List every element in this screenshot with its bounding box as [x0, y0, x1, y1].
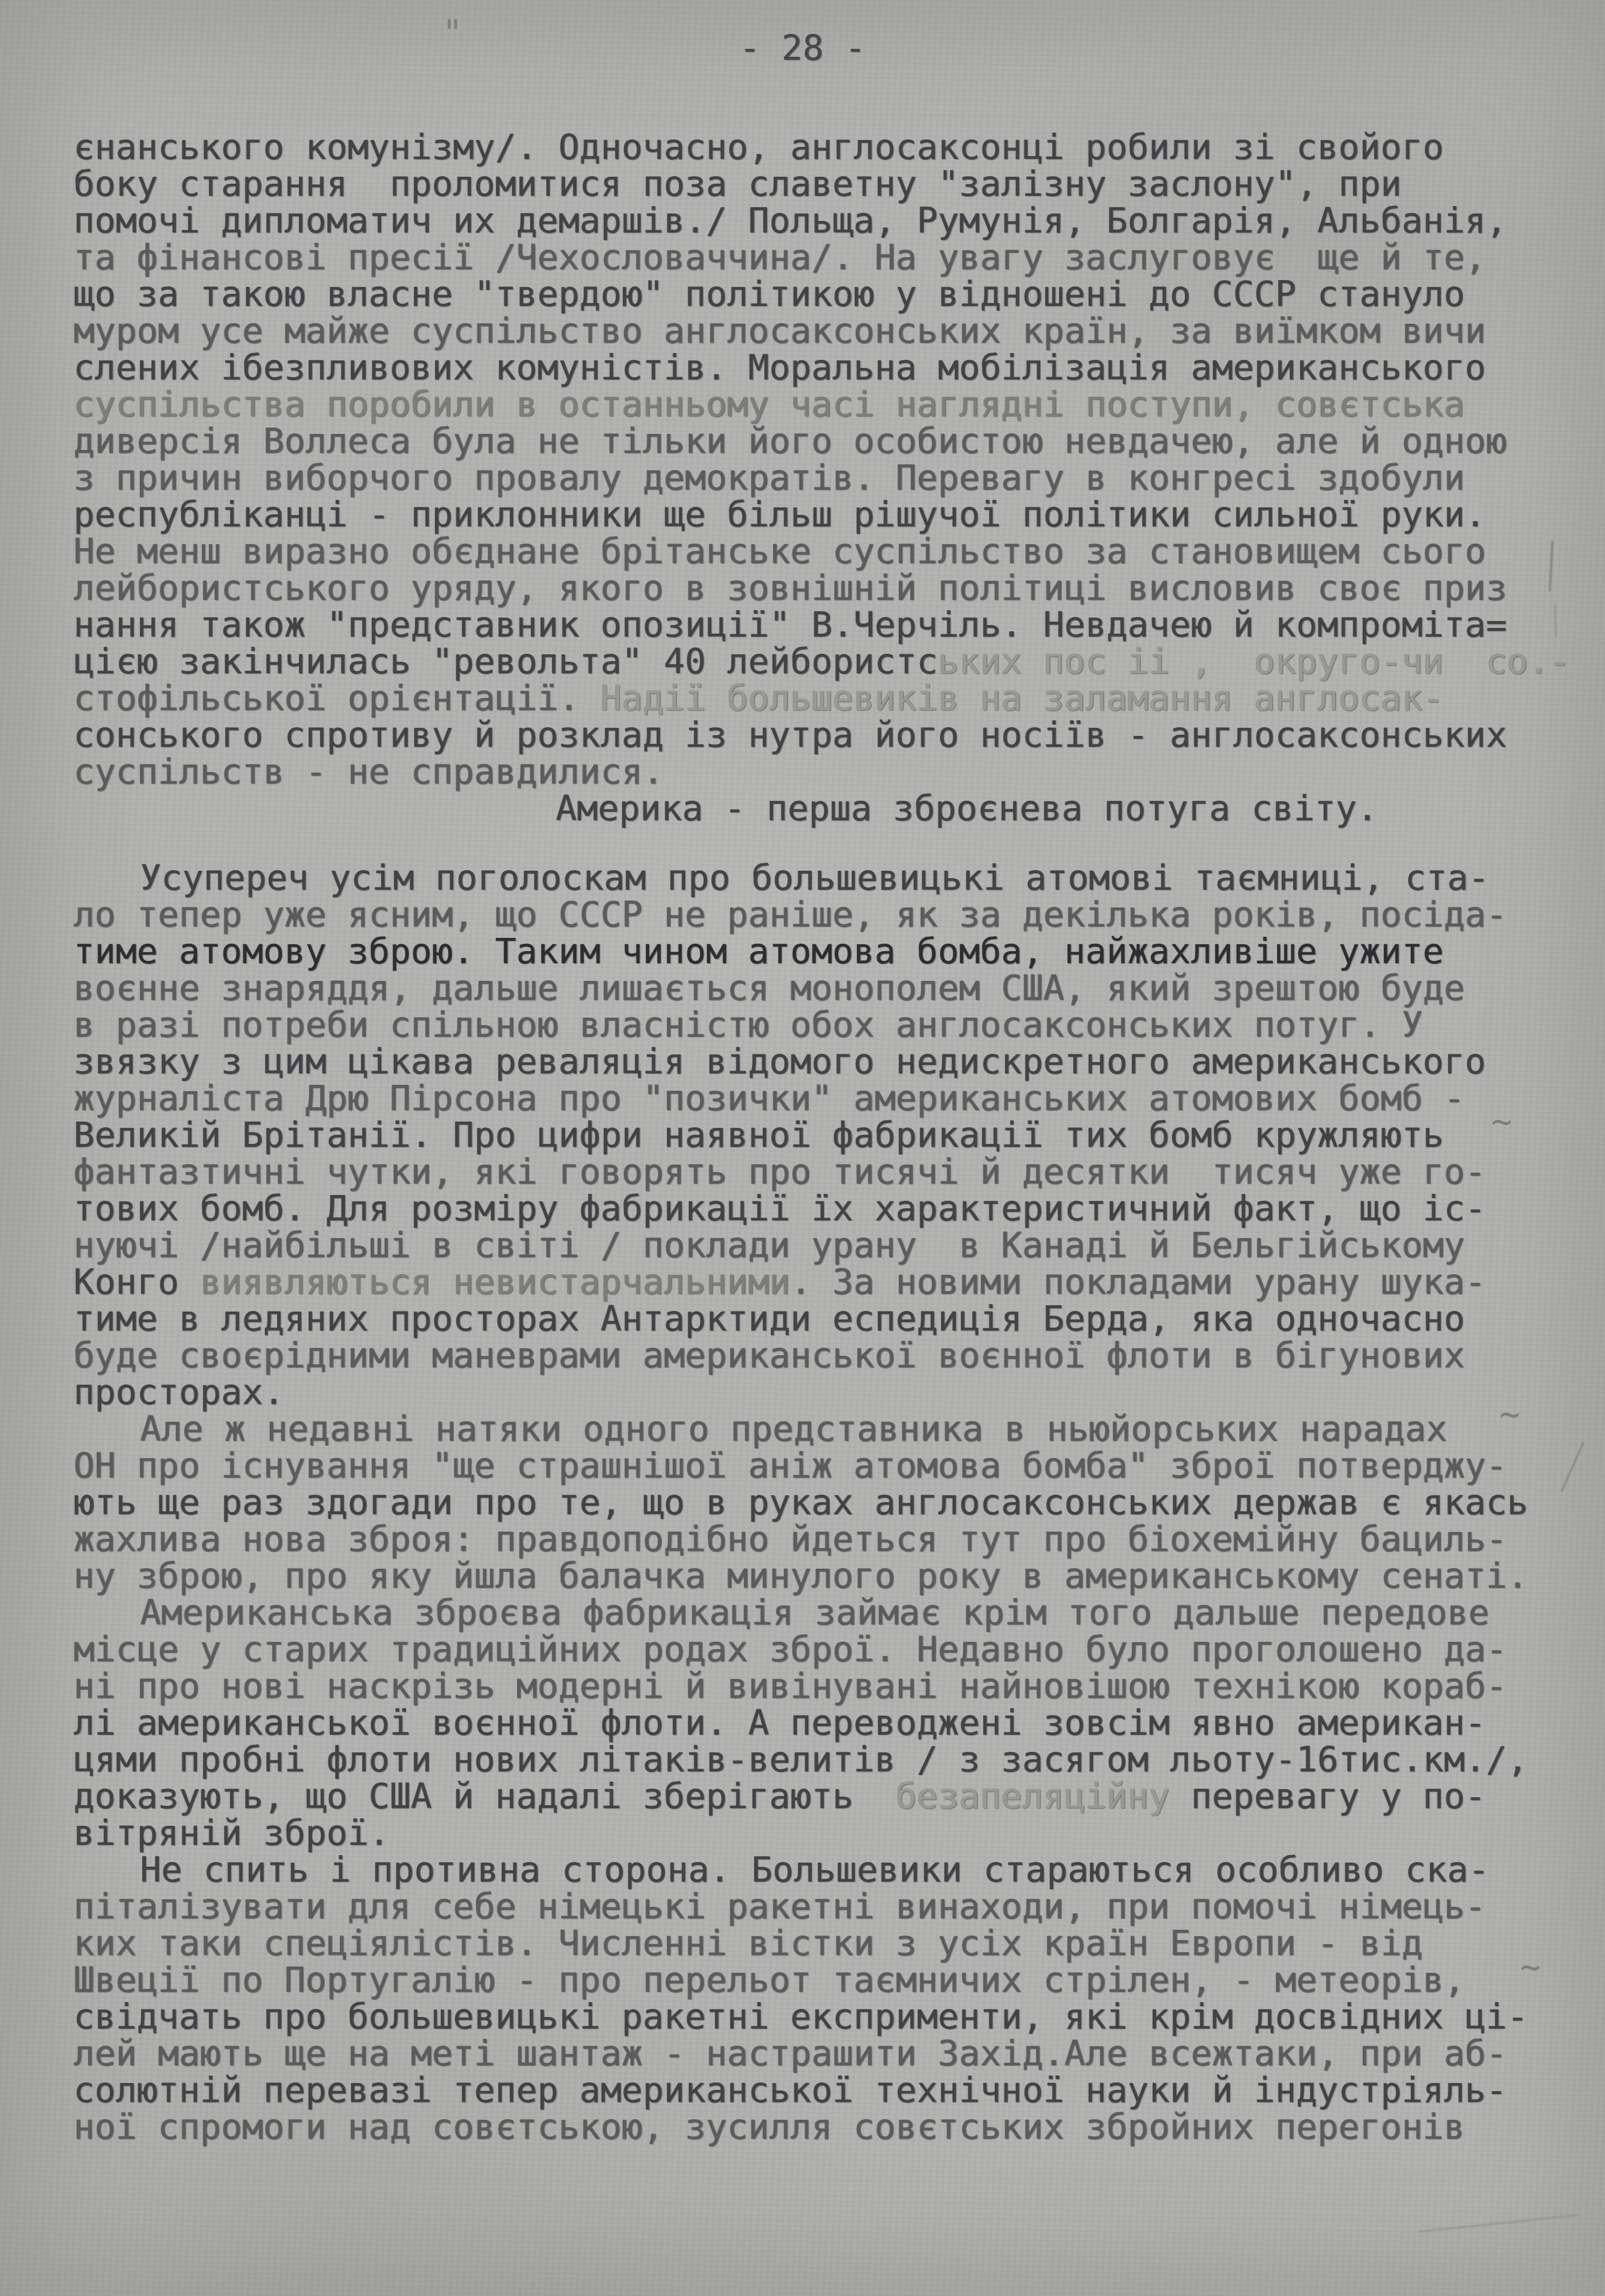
text-line: Конго виявляються невистарчальними. За н…	[73, 1264, 1566, 1301]
text-line: цією закінчилась "револьта" 40 лейборист…	[73, 643, 1566, 680]
scan-speck: ~	[1491, 1105, 1512, 1139]
scan-speck: ~	[1499, 1398, 1520, 1432]
text-line: лей мають ще на меті шантаж - настрашити…	[73, 2035, 1566, 2072]
text-line: журналіста Дрю Пірсона про "позички" аме…	[73, 1080, 1566, 1117]
text-line: фантазтичні чутки, які говорять про тися…	[73, 1154, 1566, 1190]
text-line: лейбористського уряду, якого в зовнішній…	[73, 570, 1566, 607]
text-line: ної спромоги над совєтською, зусилля сов…	[73, 2109, 1566, 2146]
text-line: ОН про існування "ще страшнішої аніж ато…	[73, 1448, 1566, 1484]
paragraph-1: єнанського комунізму/. Одночасно, англос…	[73, 129, 1566, 790]
text-line: Усупереч усім поголоскам про большевицьк…	[73, 860, 1566, 897]
text-line: просторах.	[73, 1374, 1566, 1411]
text-line: ні про нові наскрізь модерні й вивінуван…	[73, 1668, 1566, 1705]
text-line: Не спить і противна сторона. Большевики …	[73, 1852, 1566, 1888]
text-line: муром усе майже суспільство англосаксонс…	[73, 313, 1566, 350]
text-line: суспільства поробили в останньому часі н…	[73, 386, 1566, 423]
text-line: нуючі /найбільші в світі / поклади урану…	[73, 1227, 1566, 1264]
text-line: тиме в ледяних просторах Антарктиди еспе…	[73, 1301, 1566, 1337]
paragraph-3: Але ж недавні натяки одного представника…	[73, 1411, 1566, 1595]
text-line: слених ібезпливових комуністів. Моральна…	[73, 350, 1566, 386]
text-line: ло тепер уже ясним, що СССР не раніше, я…	[73, 897, 1566, 933]
text-line: ну зброю, про яку йшла балачка минулого …	[73, 1558, 1566, 1595]
text-line: лі американської воєнної флоти. А перево…	[73, 1705, 1566, 1742]
text-line: сонського спротиву й розклад із нутра йо…	[73, 717, 1566, 754]
text-line: солютній перевазі тепер американської те…	[73, 2072, 1566, 2109]
text-line: Американська зброєва фабрикація займає к…	[73, 1595, 1566, 1631]
paragraph-5: Не спить і противна сторона. Большевики …	[73, 1852, 1566, 2146]
text-line: боку старання проломитися поза славетну …	[73, 166, 1566, 203]
document-body: єнанського комунізму/. Одночасно, англос…	[73, 129, 1566, 2146]
text-line: ких таки спеціялістів. Численні вістки з…	[73, 1925, 1566, 1962]
text-line: Швеції по Португалію - про перельот таєм…	[73, 1962, 1566, 1999]
text-line: Але ж недавні натяки одного представника…	[73, 1411, 1566, 1448]
scan-speck: "	[442, 16, 463, 51]
text-line: в разі потреби спільною власністю обох а…	[73, 1007, 1566, 1044]
text-line: республіканці - приклонники ще більш ріш…	[73, 497, 1566, 533]
text-line: нання також "представник опозиції" В.Чер…	[73, 607, 1566, 643]
text-line: Америка - перша зброєнева потуга світу.	[556, 790, 1566, 827]
text-line: буде своєрідними маневрами американської…	[73, 1337, 1566, 1374]
scan-speck: ~	[1520, 1950, 1541, 1985]
text-line: свідчать про большевицькі ракетні експри…	[73, 1999, 1566, 2035]
paragraph-2: Усупереч усім поголоскам про большевицьк…	[73, 860, 1566, 1411]
text-line: диверсія Воллеса була не тільки його осо…	[73, 423, 1566, 460]
text-line: єнанського комунізму/. Одночасно, англос…	[73, 129, 1566, 166]
text-line: з причин виборчого провалу демократів. П…	[73, 460, 1566, 497]
text-line: суспільств - не справдилися.	[73, 754, 1566, 790]
text-line: що за такою власне "твердою" політикою у…	[73, 276, 1566, 313]
text-line: воєнне знаряддя, дальше лишається монопо…	[73, 970, 1566, 1007]
text-line: жахлива нова зброя: правдоподібно йдетьс…	[73, 1521, 1566, 1558]
paragraph-4: Американська зброєва фабрикація займає к…	[73, 1595, 1566, 1852]
page-number: - 28 -	[0, 30, 1605, 67]
text-line: цями пробні флоти нових літаків-велитів …	[73, 1742, 1566, 1778]
text-line: стофільської орієнтації. Надії большевик…	[73, 680, 1566, 717]
text-line: піталізувати для себе німецькі ракетні в…	[73, 1888, 1566, 1925]
text-line: доказують, що США й надалі зберігають бе…	[73, 1778, 1566, 1815]
text-line: вітряній зброї.	[73, 1815, 1566, 1852]
text-line: тових бомб. Для розміру фабрикації їх ха…	[73, 1190, 1566, 1227]
text-line: та фінансові пресії /Чехословаччина/. На…	[73, 239, 1566, 276]
text-line: помочі дипломатич их демаршів./ Польща, …	[73, 203, 1566, 239]
scan-scratch-mark	[1418, 2214, 1579, 2232]
scanned-page: - 28 - єнанського комунізму/. Одночасно,…	[0, 0, 1605, 2296]
section-heading: Америка - перша зброєнева потуга світу.	[556, 790, 1566, 827]
text-line: ють ще раз здогади про те, що в руках ан…	[73, 1484, 1566, 1521]
text-line: тиме атомову зброю. Таким чином атомова …	[73, 933, 1566, 970]
text-line: Великій Брітанії. Про цифри наявної фабр…	[73, 1117, 1566, 1154]
text-line: місце у старих традиційних родах зброї. …	[73, 1631, 1566, 1668]
text-line: Не менш виразно обєднане брітанське сусп…	[73, 533, 1566, 570]
text-line: звязку з цим цікава реваляція відомого н…	[73, 1044, 1566, 1080]
